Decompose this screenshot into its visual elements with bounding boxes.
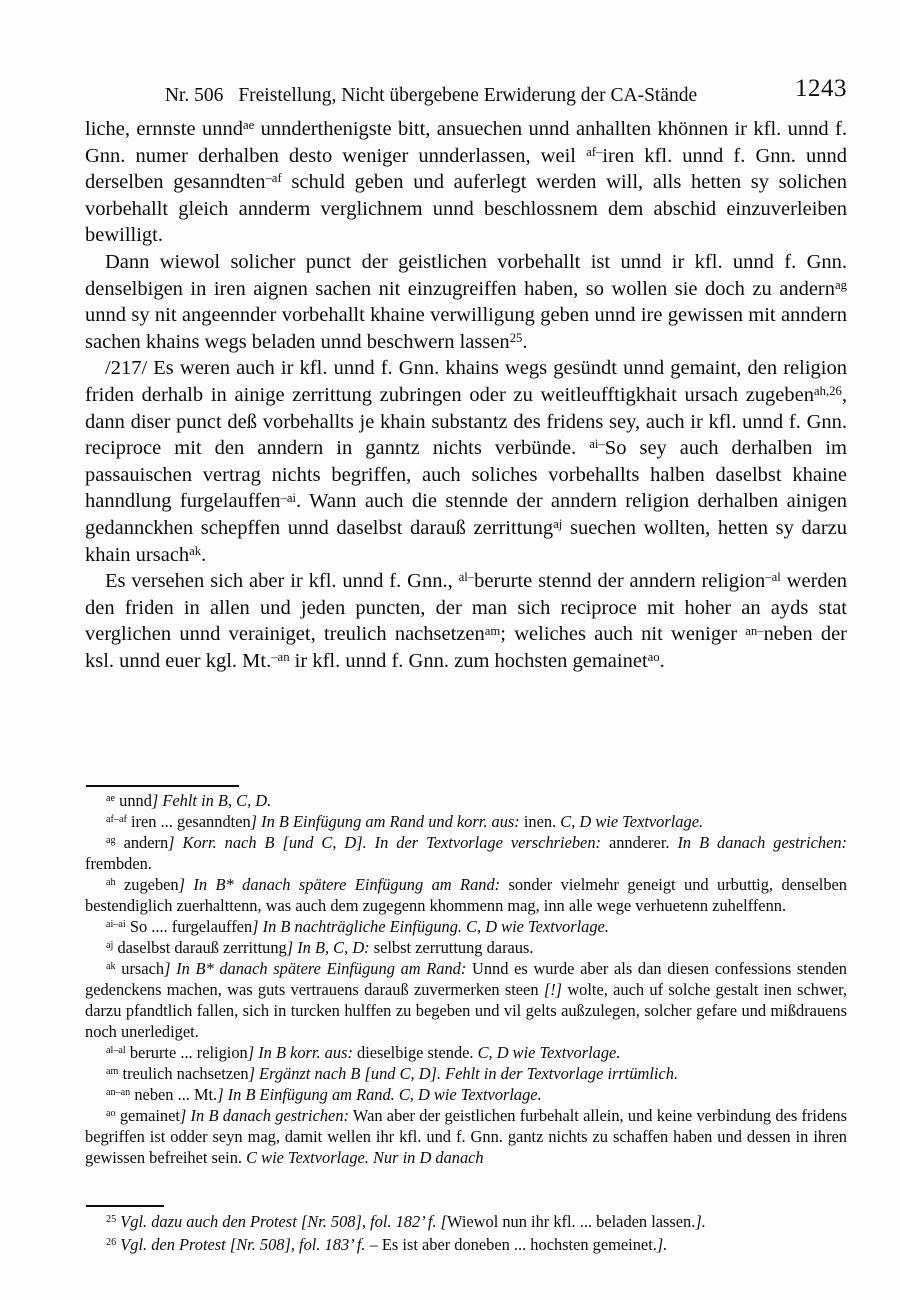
superscript-reference: an–an bbox=[106, 1087, 130, 1098]
text-run: annderer. bbox=[601, 833, 677, 852]
apparatus-entry: ag andern] Korr. nach B [und C, D]. In d… bbox=[85, 832, 847, 874]
text-run: Vgl. dazu auch den Protest [Nr. 508], fo… bbox=[120, 1212, 447, 1231]
superscript-reference: am bbox=[485, 624, 501, 638]
running-header: Nr. 506Freistellung, Nicht übergebene Er… bbox=[85, 84, 847, 108]
text-run: – Es ist aber doneben ... hochsten gemei… bbox=[366, 1235, 657, 1254]
apparatus-separator-rule bbox=[86, 785, 239, 787]
superscript-reference: ag bbox=[106, 835, 116, 846]
text-run: ]. bbox=[657, 1235, 667, 1254]
superscript-reference: am bbox=[106, 1066, 118, 1077]
footnotes-block: 25 Vgl. dazu auch den Protest [Nr. 508],… bbox=[85, 1210, 847, 1256]
superscript-reference: –al bbox=[765, 570, 781, 584]
text-run: treulich nachsetzen bbox=[118, 1064, 248, 1083]
text-run: /217/ Es weren auch ir kfl. unnd f. Gnn.… bbox=[85, 357, 847, 406]
body-paragraph: /217/ Es weren auch ir kfl. unnd f. Gnn.… bbox=[85, 355, 847, 568]
apparatus-entry: aj daselbst darauß zerrittung] In B, C, … bbox=[85, 937, 847, 958]
superscript-reference: ae bbox=[106, 793, 115, 804]
text-run: . bbox=[522, 331, 527, 353]
footnote: 26 Vgl. den Protest [Nr. 508], fol. 183’… bbox=[85, 1233, 847, 1256]
critical-apparatus-block: ae unnd] Fehlt in B, C, D.af–af iren ...… bbox=[85, 790, 847, 1168]
text-run: C, D wie Textvorlage. bbox=[478, 1043, 621, 1062]
apparatus-entry: ak ursach] In B* danach spätere Einfügun… bbox=[85, 958, 847, 1042]
text-run: ] In B* danach spätere Einfügung am Rand… bbox=[164, 959, 466, 978]
text-run: . bbox=[201, 544, 206, 566]
text-run: Dann wiewol solicher punct der geistlich… bbox=[85, 251, 847, 300]
page-number: 1243 bbox=[795, 77, 847, 101]
text-run: ] Korr. nach B [und C, D]. In der Textvo… bbox=[168, 833, 601, 852]
text-run: andern bbox=[116, 833, 169, 852]
superscript-reference: ai–ai bbox=[106, 919, 126, 930]
text-run: Es versehen sich aber ir kfl. unnd f. Gn… bbox=[105, 570, 459, 592]
superscript-reference: aj bbox=[106, 940, 113, 951]
apparatus-entry: al–al berurte ... religion] In B korr. a… bbox=[85, 1042, 847, 1063]
text-run: daselbst darauß zerrittung bbox=[113, 938, 286, 957]
apparatus-entry: an–an neben ... Mt.] In B Einfügung am R… bbox=[85, 1084, 847, 1105]
apparatus-entry: ai–ai So .... furgelauffen] In B nachträ… bbox=[85, 916, 847, 937]
superscript-reference: al– bbox=[459, 570, 475, 584]
superscript-reference: –af bbox=[265, 171, 281, 185]
text-run: ] In B Einfügung am Rand und korr. aus: bbox=[251, 812, 520, 831]
superscript-reference: ao bbox=[106, 1108, 116, 1119]
text-run: Vgl. den Protest [Nr. 508], fol. 183’ f. bbox=[120, 1235, 365, 1254]
text-run: ] In B* danach spätere Einfügung am Rand… bbox=[179, 875, 501, 894]
text-run: ] In B nachträgliche Einfügung. C, D wie… bbox=[252, 917, 609, 936]
superscript-reference: ak bbox=[189, 544, 201, 558]
text-run: [!] bbox=[544, 980, 562, 999]
superscript-reference: al–al bbox=[106, 1045, 126, 1056]
apparatus-entry: ae unnd] Fehlt in B, C, D. bbox=[85, 790, 847, 811]
text-run: So .... furgelauffen bbox=[126, 917, 252, 936]
superscript-reference: 25 bbox=[510, 331, 523, 345]
superscript-reference: aj bbox=[553, 517, 562, 531]
document-title: Freistellung, Nicht übergebene Erwiderun… bbox=[238, 85, 697, 106]
text-run: ]. bbox=[695, 1212, 705, 1231]
superscript-reference: ag bbox=[835, 278, 847, 292]
text-run: ursach bbox=[116, 959, 164, 978]
superscript-reference: 26 bbox=[106, 1237, 116, 1248]
text-run: liche, ernnste unnd bbox=[85, 118, 243, 140]
apparatus-entry: ah zugeben] In B* danach spätere Einfügu… bbox=[85, 874, 847, 916]
text-run: berurte stennd der anndern religion bbox=[474, 570, 765, 592]
superscript-reference: ao bbox=[648, 650, 660, 664]
apparatus-entry: ao gemainet] In B danach gestrichen: Wan… bbox=[85, 1105, 847, 1168]
text-run: zugeben bbox=[116, 875, 179, 894]
superscript-reference: ah bbox=[106, 877, 116, 888]
text-run: frembden. bbox=[85, 854, 152, 873]
footnote-separator-rule bbox=[86, 1205, 164, 1207]
footnote: 25 Vgl. dazu auch den Protest [Nr. 508],… bbox=[85, 1210, 847, 1233]
text-run: inen. bbox=[520, 812, 561, 831]
text-run: iren ... gesanndten bbox=[127, 812, 251, 831]
text-run: neben ... Mt. bbox=[130, 1085, 217, 1104]
text-run: unnd sy nit angeennder vorbehallt khaine… bbox=[85, 304, 847, 353]
text-run: ; weliches auch nit weniger bbox=[500, 623, 745, 645]
superscript-reference: an– bbox=[745, 624, 763, 638]
superscript-reference: 25 bbox=[106, 1214, 116, 1225]
document-number: Nr. 506 bbox=[165, 85, 224, 106]
text-run: berurte ... religion bbox=[126, 1043, 248, 1062]
body-paragraph: liche, ernnste unndae unnderthenigste bi… bbox=[85, 116, 847, 249]
superscript-reference: –an bbox=[271, 650, 289, 664]
superscript-reference: ae bbox=[243, 118, 254, 132]
apparatus-entry: af–af iren ... gesanndten] In B Einfügun… bbox=[85, 811, 847, 832]
superscript-reference: ak bbox=[106, 961, 116, 972]
running-header-title-line: Nr. 506Freistellung, Nicht übergebene Er… bbox=[85, 84, 847, 108]
superscript-reference: –ai bbox=[280, 491, 296, 505]
text-run: ] In B danach gestrichen: bbox=[180, 1106, 349, 1125]
superscript-reference: ai– bbox=[589, 437, 605, 451]
text-run: ] In B korr. aus: bbox=[248, 1043, 353, 1062]
text-run: ] Ergänzt nach B [und C, D]. Fehlt in de… bbox=[249, 1064, 678, 1083]
body-paragraph: Es versehen sich aber ir kfl. unnd f. Gn… bbox=[85, 568, 847, 674]
text-run: selbst zerruttung daraus. bbox=[370, 938, 534, 957]
scanned-document-page: Nr. 506Freistellung, Nicht übergebene Er… bbox=[0, 0, 900, 1300]
superscript-reference: af– bbox=[586, 145, 602, 159]
text-run: ] In B, C, D: bbox=[287, 938, 370, 957]
text-run: gemainet bbox=[116, 1106, 180, 1125]
text-run: Wiewol nun ihr kfl. ... beladen lassen. bbox=[447, 1212, 695, 1231]
superscript-reference: ah,26 bbox=[814, 384, 842, 398]
text-run: C wie Textvorlage. Nur in D danach bbox=[246, 1148, 484, 1167]
text-run: ir kfl. unnd f. Gnn. zum hochsten gemain… bbox=[290, 650, 648, 672]
text-run: ] Fehlt in B, C, D. bbox=[152, 791, 271, 810]
body-paragraph: Dann wiewol solicher punct der geistlich… bbox=[85, 249, 847, 355]
superscript-reference: af–af bbox=[106, 814, 127, 825]
text-run: . bbox=[660, 650, 665, 672]
text-run: C, D wie Textvorlage. bbox=[560, 812, 703, 831]
text-run: dieselbige stende. bbox=[353, 1043, 478, 1062]
text-run: ] In B Einfügung am Rand. C, D wie Textv… bbox=[217, 1085, 541, 1104]
apparatus-entry: am treulich nachsetzen] Ergänzt nach B [… bbox=[85, 1063, 847, 1084]
text-run: In B danach gestrichen: bbox=[677, 833, 847, 852]
text-run: unnd bbox=[115, 791, 152, 810]
main-text-block: liche, ernnste unndae unnderthenigste bi… bbox=[85, 116, 847, 674]
